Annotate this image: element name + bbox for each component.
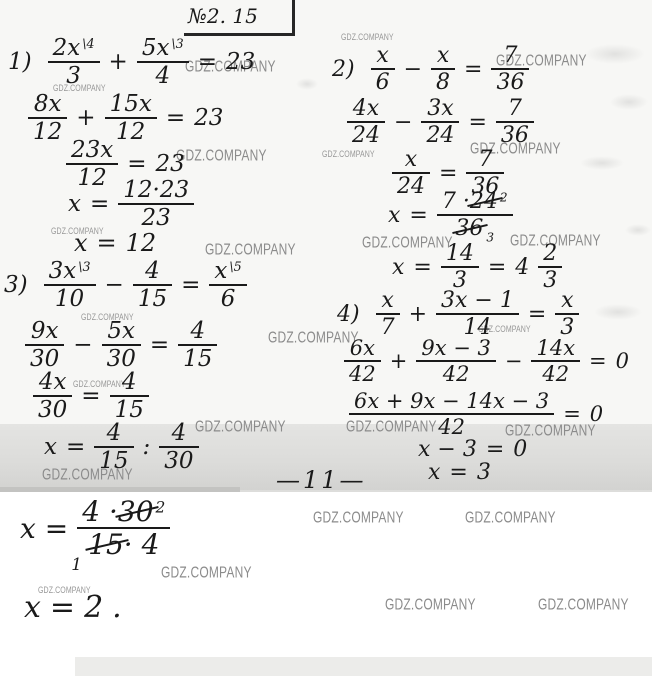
problem-label: 1) xyxy=(8,50,32,74)
math-term: 2 xyxy=(543,242,557,265)
math-term: 14 xyxy=(446,242,474,265)
math-term: 3 xyxy=(66,64,81,88)
math-term: 15 xyxy=(115,398,144,422)
problem-number-label: №2. 15 xyxy=(188,4,258,28)
math-term: 6x xyxy=(350,337,375,359)
fraction-denominator: 15 xyxy=(178,344,217,371)
math-token: = xyxy=(166,106,185,130)
math-token: = xyxy=(45,514,68,543)
cancellation-result: 1 xyxy=(71,556,82,574)
math-term: 5x xyxy=(142,36,170,60)
math-term: 24 xyxy=(352,124,380,147)
fraction-denominator: 42 xyxy=(344,360,381,385)
fraction-denominator: 15 xyxy=(94,446,133,473)
math-token: x xyxy=(392,256,404,279)
math-token: 0 xyxy=(590,403,603,425)
math-term: 36 xyxy=(496,71,524,94)
math-token: − xyxy=(73,333,92,357)
watermark: GDZ.COMPANY xyxy=(322,150,375,159)
math-term: 10 xyxy=(55,287,84,311)
fraction-denominator: 30 xyxy=(159,446,198,473)
fraction-numerator: x xyxy=(371,44,395,68)
math-term: 8 xyxy=(436,71,450,94)
math-term: x xyxy=(437,44,449,67)
watermark: GDZ.COMPANY xyxy=(313,508,404,526)
fraction: 3x − 114 xyxy=(436,289,519,339)
scan-smudge xyxy=(585,44,645,64)
math-token: x xyxy=(44,435,57,459)
fraction: 6x42 xyxy=(344,337,381,385)
fraction-numerator: 4 xyxy=(94,421,133,446)
math-term: 4 xyxy=(190,319,205,343)
fraction: 736 xyxy=(491,44,529,94)
math-term: \5 xyxy=(229,260,241,273)
math-term: 6x + 9x − 14x − 3 xyxy=(354,390,549,412)
fraction: 9x30 xyxy=(25,319,64,371)
scan-page: №2. 15 1)2x\43+5x\34=23 8x12+15x12=23 23… xyxy=(0,0,652,676)
fraction: x3 xyxy=(555,289,579,339)
math-token: = xyxy=(409,204,427,227)
math-term: 30 xyxy=(107,347,136,371)
page-number: —11— xyxy=(276,466,367,494)
fraction-denominator: 42 xyxy=(349,413,554,438)
fraction-numerator: 9x xyxy=(25,319,64,344)
fraction-numerator: 23x xyxy=(66,138,118,163)
math-token: − xyxy=(505,350,523,372)
math-token: 3 xyxy=(477,461,491,484)
math-token: − xyxy=(105,273,124,297)
fraction-denominator: 42 xyxy=(531,360,580,385)
math-token: x xyxy=(388,204,400,227)
fraction: 3x24 xyxy=(421,97,459,147)
math-line-p4-s3: 6x + 9x − 14x − 342=0 xyxy=(349,390,603,438)
math-term: 8x xyxy=(34,92,62,116)
math-token: = xyxy=(181,273,200,297)
fraction-numerator: x\5 xyxy=(209,259,246,284)
watermark: GDZ.COMPANY xyxy=(195,417,286,435)
math-token: = xyxy=(563,403,581,425)
math-line-p1-s5: x=12 xyxy=(74,231,156,256)
math-token: = xyxy=(198,50,217,74)
fraction-numerator: 3x xyxy=(421,97,459,121)
fraction: 14x42 xyxy=(531,337,580,385)
math-term: 36 xyxy=(501,124,529,147)
fraction-numerator: 7 xyxy=(491,44,529,68)
math-line-p2-s4: x=7 · 242363 xyxy=(388,190,513,240)
math-token: = xyxy=(50,592,75,624)
scan-smudge xyxy=(594,304,642,320)
math-term: 42 xyxy=(542,363,569,385)
math-term: 6 xyxy=(376,71,390,94)
math-token: = xyxy=(413,256,431,279)
math-term: x xyxy=(561,289,573,312)
fraction-numerator: 5x\3 xyxy=(137,36,189,61)
math-line-p3-s2: 9x30−5x30=415 xyxy=(25,319,217,371)
watermark: GDZ.COMPANY xyxy=(385,595,476,613)
math-term: 7 xyxy=(508,97,522,120)
fraction-denominator: 42 xyxy=(416,360,496,385)
fraction: x7 xyxy=(376,289,400,339)
fraction-denominator: 23 xyxy=(118,203,194,230)
math-token: = xyxy=(150,333,169,357)
fraction-numerator: 3x\3 xyxy=(44,259,96,284)
math-token: x xyxy=(74,231,88,256)
math-term: 3x − 1 xyxy=(441,289,514,312)
math-term: 5x xyxy=(107,319,135,343)
math-term: 4 xyxy=(145,259,160,283)
math-token: = xyxy=(81,384,100,408)
math-term: 42 xyxy=(443,363,470,385)
math-term: 7 · xyxy=(442,190,470,213)
math-line-p3-s1: 3)3x\310−415=x\56 xyxy=(4,259,247,311)
math-term: 4 · xyxy=(82,497,118,526)
math-line-p4-s1: 4)x7+3x − 114=x3 xyxy=(337,289,579,339)
fraction-numerator: 6x xyxy=(344,337,381,360)
watermark: GDZ.COMPANY xyxy=(161,563,252,581)
math-line-p2-s1: 2)x6−x8=736 xyxy=(332,44,529,94)
fraction-numerator: 15x xyxy=(105,92,157,117)
fraction: 2x\43 xyxy=(48,36,100,88)
math-term: 23x xyxy=(71,138,113,162)
fraction-denominator: 7 xyxy=(376,313,400,339)
fraction-denominator: 10 xyxy=(44,284,96,311)
fraction-numerator: 5x xyxy=(102,319,141,344)
fraction: 736 xyxy=(496,97,534,147)
math-line-bottom-1: x=4 · 30215 · 41 xyxy=(20,497,170,560)
math-term: 4 xyxy=(122,370,137,394)
math-term: 12·23 xyxy=(123,178,189,202)
math-term: 15 xyxy=(183,347,212,371)
math-token: = xyxy=(528,303,546,326)
math-token: = xyxy=(488,256,506,279)
math-token: 2 xyxy=(84,592,103,624)
fraction-numerator: 7 xyxy=(466,148,504,172)
math-term: 2x xyxy=(53,36,81,60)
math-token: + xyxy=(390,350,408,372)
math-term: 4 xyxy=(107,421,122,445)
fraction: 12·2323 xyxy=(118,178,194,230)
problem-label: 3) xyxy=(4,273,28,297)
math-term: 30 xyxy=(164,449,193,473)
math-token: + xyxy=(76,106,95,130)
fraction-denominator: 6 xyxy=(371,68,395,94)
fraction-denominator: 363 xyxy=(437,214,513,240)
fraction-numerator: 3x − 1 xyxy=(436,289,519,313)
cancelled-term: 36 xyxy=(455,217,483,240)
fraction-numerator: x xyxy=(431,44,455,68)
fraction-numerator: 12·23 xyxy=(118,178,194,203)
fraction-denominator: 24 xyxy=(347,121,385,147)
fraction: x\56 xyxy=(209,259,246,311)
math-token: . xyxy=(112,592,122,624)
math-token: = xyxy=(449,461,467,484)
math-token: 23 xyxy=(226,50,255,74)
scan-smudge xyxy=(580,156,624,170)
math-line-p3-s4: x=415:430 xyxy=(44,421,199,473)
fraction: 430 xyxy=(159,421,198,473)
fraction-numerator: 6x + 9x − 14x − 3 xyxy=(349,390,554,413)
math-term: 15 xyxy=(138,287,167,311)
math-term: 3x xyxy=(427,97,453,120)
math-term: 15x xyxy=(110,92,152,116)
problem-label: 4) xyxy=(337,303,360,326)
fraction: 415 xyxy=(94,421,133,473)
math-token: = xyxy=(486,438,504,461)
fraction-denominator: 15 · 4 xyxy=(77,527,170,559)
fraction-numerator: 4 xyxy=(110,370,149,395)
math-token: 0 xyxy=(616,350,629,372)
math-term: 7 xyxy=(478,148,492,171)
math-token: = xyxy=(439,162,457,185)
math-token: x xyxy=(20,514,36,543)
problem-label: 2) xyxy=(332,58,355,81)
math-term: 6 xyxy=(221,287,236,311)
math-term: x xyxy=(381,289,393,312)
math-token: : xyxy=(143,435,151,459)
math-token: = xyxy=(97,231,117,256)
watermark: GDZ.COMPANY xyxy=(205,240,296,258)
watermark: GDZ.COMPANY xyxy=(176,146,267,164)
math-term: 4 xyxy=(155,64,170,88)
math-term: 23 xyxy=(142,206,171,230)
fraction-numerator: x xyxy=(555,289,579,313)
math-term: 4x xyxy=(353,97,379,120)
fraction-numerator: 8x xyxy=(28,92,67,117)
fraction: 4 · 30215 · 41 xyxy=(77,497,170,560)
math-line-p1-s2: 8x12+15x12=23 xyxy=(28,92,223,144)
fraction: 8x12 xyxy=(28,92,67,144)
math-line-p2-s5: x=143=423 xyxy=(392,242,562,292)
math-term: 14x xyxy=(536,337,575,359)
math-term: 15 xyxy=(99,449,128,473)
math-line-p2-s2: 4x24−3x24=736 xyxy=(347,97,534,147)
math-term: 4 xyxy=(172,421,187,445)
math-term: 3x xyxy=(49,259,77,283)
math-token: = xyxy=(468,111,486,134)
fraction: 4x24 xyxy=(347,97,385,147)
fraction: 6x + 9x − 14x − 342 xyxy=(349,390,554,438)
math-term: · 4 xyxy=(124,530,160,559)
fraction: x6 xyxy=(371,44,395,94)
fraction: 9x − 342 xyxy=(416,337,496,385)
math-token: = xyxy=(464,58,482,81)
math-term: 12 xyxy=(33,120,62,144)
math-term: 30 xyxy=(38,398,67,422)
math-line-p4-s5: x=3 xyxy=(428,461,491,484)
math-token: + xyxy=(409,303,427,326)
math-term: \3 xyxy=(78,260,90,273)
math-term: 42 xyxy=(349,363,376,385)
math-term: 9x xyxy=(31,319,59,343)
fraction-numerator: 2 xyxy=(538,242,562,266)
math-term: \4 xyxy=(82,37,94,50)
fraction-denominator: 12 xyxy=(28,117,67,144)
scan-smudge xyxy=(625,224,651,236)
math-line-p4-s4: x − 3=0 xyxy=(418,438,527,461)
math-token: = xyxy=(589,350,607,372)
math-line-bottom-2: x=2. xyxy=(24,592,122,624)
cancelled-term: 30 xyxy=(118,497,154,526)
math-term: x xyxy=(376,44,388,67)
fraction-numerator: 4 · 302 xyxy=(77,497,170,527)
fraction-numerator: 14x xyxy=(531,337,580,360)
fraction-numerator: 7 xyxy=(496,97,534,121)
fraction-numerator: 4 xyxy=(178,319,217,344)
fraction: 415 xyxy=(133,259,172,311)
fraction-numerator: 4x xyxy=(33,370,72,395)
fraction-denominator: 4 xyxy=(137,61,189,88)
math-token: 23 xyxy=(194,106,223,130)
math-term: 9x − 3 xyxy=(421,337,491,359)
math-term: x xyxy=(405,148,417,171)
fraction-denominator: 30 xyxy=(102,344,141,371)
fraction-denominator: 24 xyxy=(421,121,459,147)
watermark: GDZ.COMPANY xyxy=(465,508,556,526)
fraction-numerator: 4x xyxy=(347,97,385,121)
math-token: x − 3 xyxy=(418,438,477,461)
fraction-numerator: 2x\4 xyxy=(48,36,100,61)
math-term: 4x xyxy=(39,370,67,394)
fraction-numerator: 4 xyxy=(133,259,172,284)
fraction: 4x30 xyxy=(33,370,72,422)
math-line-p4-s2: 6x42+9x − 342−14x42=0 xyxy=(344,337,629,385)
fraction-denominator: 30 xyxy=(25,344,64,371)
fraction-numerator: x xyxy=(392,148,430,172)
math-token: 4 xyxy=(515,256,529,279)
fraction-denominator: 30 xyxy=(33,395,72,422)
cancelled-term: 24 xyxy=(470,190,498,213)
math-token: − xyxy=(404,58,422,81)
math-term: \3 xyxy=(171,37,183,50)
fraction-denominator: 36 xyxy=(491,68,529,94)
scan-bottom-band xyxy=(75,657,652,676)
math-token: 0 xyxy=(513,438,527,461)
math-token: − xyxy=(394,111,412,134)
math-term: 30 xyxy=(30,347,59,371)
fraction-denominator: 6 xyxy=(209,284,246,311)
fraction-denominator: 3 xyxy=(48,61,100,88)
math-term: 2 xyxy=(156,500,166,516)
math-line-p3-s3: 4x30=415 xyxy=(33,370,149,422)
math-token: x xyxy=(428,461,440,484)
fraction-denominator: 36 xyxy=(496,121,534,147)
problem-number-box: №2. 15 xyxy=(184,0,295,36)
scan-smudge xyxy=(296,78,318,90)
fraction: 5x30 xyxy=(102,319,141,371)
cancelled-term: 15 xyxy=(88,530,124,559)
fraction: 23 xyxy=(538,242,562,292)
fraction-numerator: x xyxy=(376,289,400,313)
fraction-denominator: 15 xyxy=(110,395,149,422)
fraction: 5x\34 xyxy=(137,36,189,88)
fraction: 3x\310 xyxy=(44,259,96,311)
fraction: 415 xyxy=(110,370,149,422)
fraction: x8 xyxy=(431,44,455,94)
math-line-p1-s1: 1)2x\43+5x\34=23 xyxy=(8,36,255,88)
math-term: 7 xyxy=(381,316,395,339)
math-term: 2 xyxy=(500,191,508,204)
math-token: = xyxy=(66,435,85,459)
math-term: 7 xyxy=(503,44,517,67)
math-line-p1-s4: x=12·2323 xyxy=(68,178,194,230)
fraction-numerator: 9x − 3 xyxy=(416,337,496,360)
fraction-denominator: 8 xyxy=(431,68,455,94)
math-token: 23 xyxy=(156,152,185,176)
math-term: 42 xyxy=(438,416,465,438)
fraction: 7 · 242363 xyxy=(437,190,513,240)
scan-smudge xyxy=(610,94,648,110)
math-token: + xyxy=(109,50,128,74)
fraction: 415 xyxy=(178,319,217,371)
fraction-denominator: 15 xyxy=(133,284,172,311)
watermark: GDZ.COMPANY xyxy=(538,595,629,613)
math-term: x xyxy=(214,259,227,283)
watermark: GDZ.COMPANY xyxy=(341,33,394,42)
math-token: x xyxy=(68,192,81,216)
fraction-numerator: 14 xyxy=(441,242,479,266)
fraction-numerator: 7 · 242 xyxy=(437,190,513,214)
math-token: x xyxy=(24,592,41,624)
math-term: 24 xyxy=(426,124,454,147)
math-token: 12 xyxy=(126,231,157,256)
fraction: 143 xyxy=(441,242,479,292)
fraction-numerator: 4 xyxy=(159,421,198,446)
math-token: = xyxy=(90,192,109,216)
math-token: = xyxy=(127,152,146,176)
